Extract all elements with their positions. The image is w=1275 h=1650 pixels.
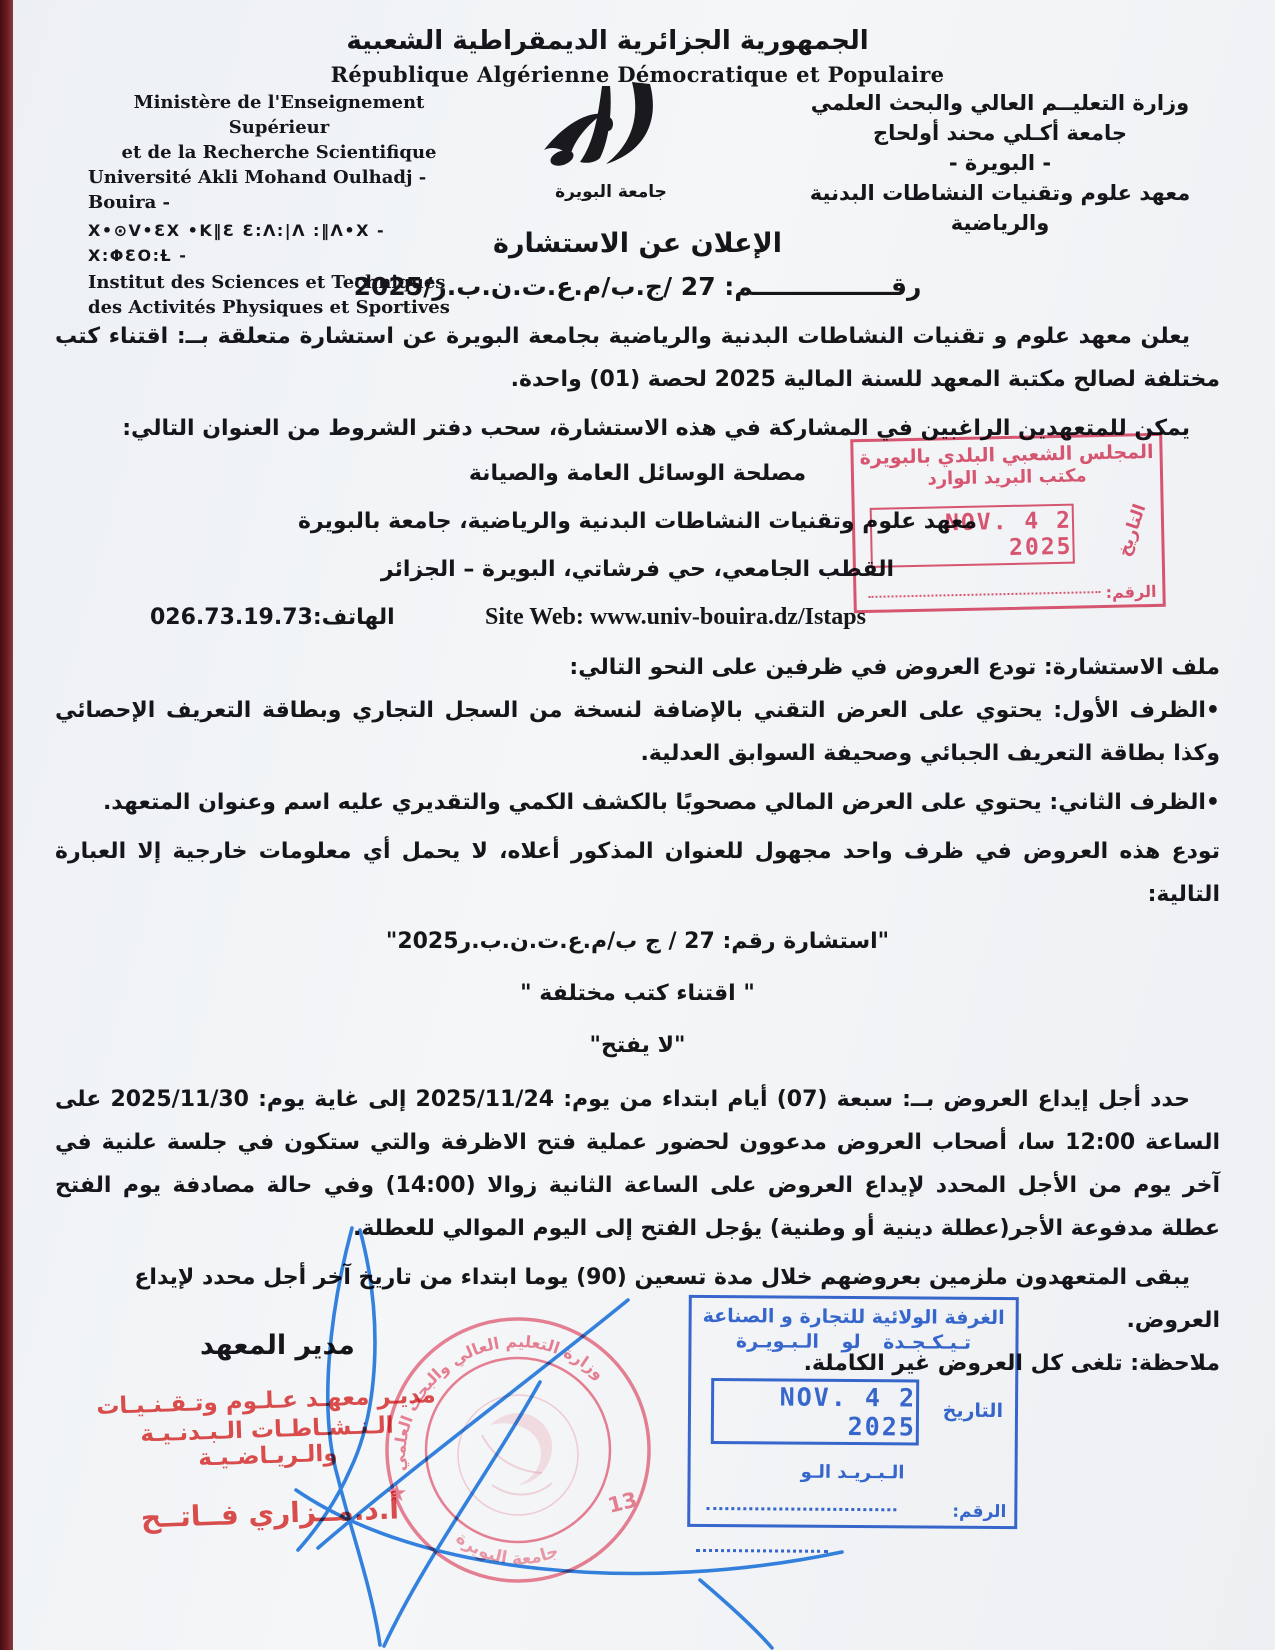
deadline-paragraph: حدد أجل إيداع العروض بــ: سبعة (07) أيام… [55, 1078, 1220, 1250]
chamber-stamp-number-label: الرقم: [952, 1502, 1006, 1522]
header-left-block: Ministère de l'Enseignement Supérieur et… [88, 90, 470, 320]
republic-name-arabic: الجمهورية الجزائرية الديمقراطية الشعبية [0, 26, 1215, 56]
institute-arabic: معهد علوم وتقنيات النشاطات البدنية والري… [780, 178, 1220, 238]
intro-paragraph: يعلن معهد علوم و تقنيات النشاطات البدنية… [55, 315, 1220, 401]
chamber-stamp-dotted-line-2 [696, 1549, 828, 1553]
round-stamp-arc-text: وزارة التعليم العالي والبحث العلمي [390, 1332, 609, 1472]
university-french: Université Akli Mohand Oulhadj - Bouira … [88, 165, 470, 215]
scan-edge-strip [0, 0, 13, 1650]
university-logo: جامعة البويرة [527, 80, 695, 202]
quote-reference: "استشارة رقم: 27 / ج ب/م.ع.ت.ن.ب.ر2025" [55, 916, 1220, 968]
ministry-arabic: وزارة التعليــم العالي والبحث العلمي [780, 88, 1220, 118]
chamber-stamp: الغرفة الولائية للتجارة و الصناعة تـيـكـ… [687, 1295, 1019, 1529]
ministry-french-line2: et de la Recherche Scientifique [88, 140, 470, 165]
received-stamp-number-label: الرقم: [1105, 582, 1156, 602]
chamber-stamp-mail-line: الـبـريـد الـو [691, 1461, 1015, 1484]
round-stamp-bottom-text: جامعة البويرة [452, 1528, 562, 1569]
received-stamp-date: 2 4 NOV. 2025 [870, 504, 1075, 568]
phone-number: الهاتف:026.73.19.73 [150, 596, 395, 639]
quote-do-not-open: "لا يفتح" [55, 1020, 1220, 1072]
svg-text:جامعة البويرة: جامعة البويرة [452, 1528, 562, 1569]
ministry-french-line1: Ministère de l'Enseignement Supérieur [88, 90, 470, 140]
round-stamp-star: ★ [386, 1479, 408, 1507]
website-url: Site Web: www.univ-bouira.dz/Istaps [485, 596, 866, 639]
submission-paragraph: تودع هذه العروض في ظرف واحد مجهول للعنوا… [55, 830, 1220, 916]
director-title: مدير المعهد [200, 1330, 355, 1361]
envelope-second-paragraph: •الظرف الثاني: يحتوي على العرض المالي مص… [55, 781, 1220, 824]
received-mail-stamp: المجلس الشعبي البلدي بالبويرة مكتب البري… [850, 433, 1166, 613]
header-right-block: وزارة التعليــم العالي والبحث العلمي جام… [780, 88, 1220, 238]
svg-text:وزارة التعليم العالي والبحث ال: وزارة التعليم العالي والبحث العلمي [390, 1332, 609, 1472]
university-arabic: جامعة أكـلي محند أولحاج [780, 118, 1220, 148]
chamber-stamp-date: 2 4 NOV. 2025 [711, 1378, 919, 1445]
chamber-stamp-title: الغرفة الولائية للتجارة و الصناعة [692, 1305, 1016, 1329]
quote-subject: " اقتناء كتب مختلفة " [55, 968, 1220, 1020]
received-stamp-date-label: التاريخ [1114, 502, 1150, 560]
logo-caption: جامعة البويرة [527, 182, 695, 202]
university-tifinagh: X•⊙V•ƐX •K‖Ɛ Ɛ:Ʌ:|Λ :‖Ʌ•X - X:ΦƐO:Ƚ - [88, 218, 470, 268]
received-stamp-dotted-line [868, 591, 1100, 598]
city-arabic: - البويرة - [780, 148, 1220, 178]
file-heading: ملف الاستشارة: تودع العروض في ظرفين على … [55, 646, 1220, 689]
chamber-stamp-dotted-line [706, 1507, 896, 1511]
envelope-first-paragraph: •الظرف الأول: يحتوي على العرض التقني بال… [55, 689, 1220, 775]
document-header: الجمهورية الجزائرية الديمقراطية الشعبية … [0, 0, 1275, 212]
institute-french-line1: Institut des Sciences et Techniques [88, 270, 470, 295]
ministry-round-stamp: وزارة التعليم العالي والبحث العلمي جامعة… [372, 1285, 664, 1615]
institute-french-line2: des Activités Physiques et Sportives [88, 295, 470, 320]
chamber-stamp-location: تـيـكـجـدة لو الـبـويـرة [691, 1330, 1015, 1354]
chamber-stamp-date-label: التاريخ [943, 1400, 1003, 1422]
university-logo-mark [536, 80, 686, 182]
